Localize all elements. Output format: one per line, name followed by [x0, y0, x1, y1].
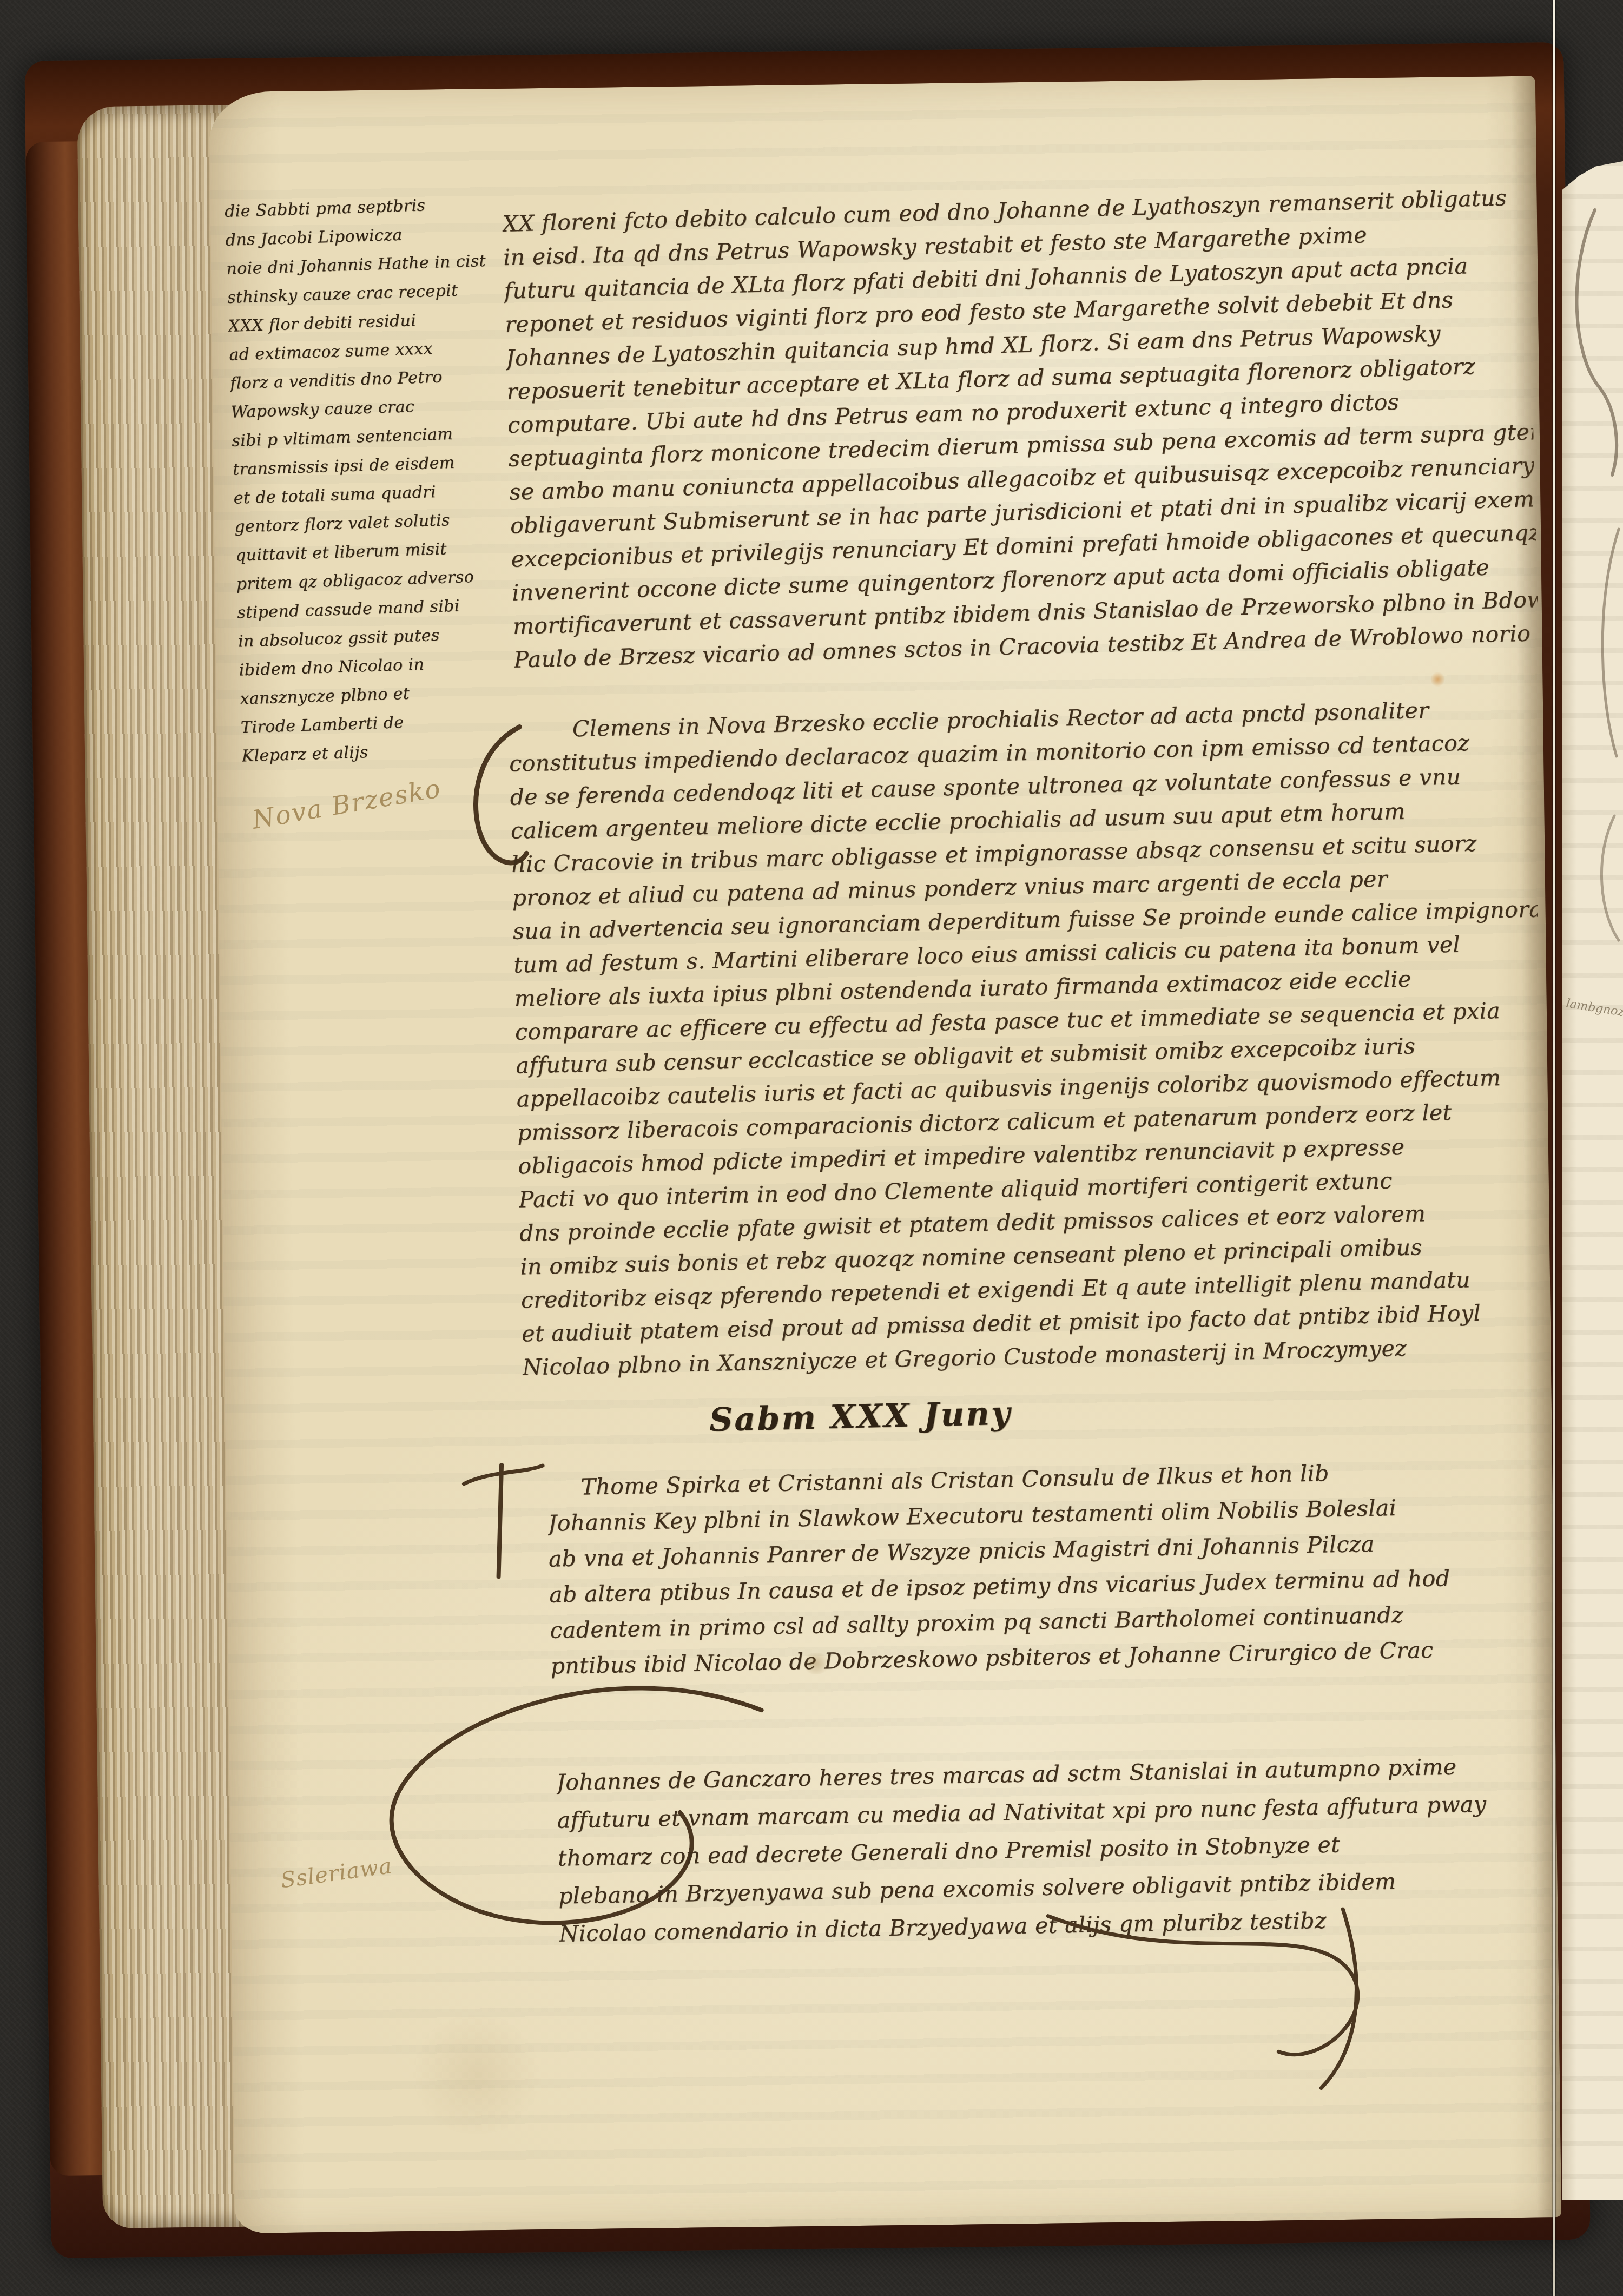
manuscript-photo: { "meta": { "document_type": "Medieval L… — [0, 0, 1623, 2296]
manuscript-page: die Sabbti pma septbrisdns Jacobi Lipowi… — [209, 76, 1561, 2233]
bookmark-thread — [1553, 0, 1555, 2296]
initial-t-flourish-icon — [457, 1458, 551, 1589]
recto-ink-marks-icon — [1562, 194, 1623, 951]
recto-page-sliver: lambgnoz vlb — [1562, 161, 1623, 2200]
page-discoloration — [405, 2014, 547, 2135]
ink-stain — [1430, 671, 1444, 688]
bound-codex: die Sabbti pma septbrisdns Jacobi Lipowi… — [24, 42, 1590, 2258]
recto-faint-note: lambgnoz vlb — [1565, 997, 1623, 1023]
entry-2-text-block: Clemens in Nova Brzesko ecclie prochiali… — [508, 691, 1548, 1384]
end-of-entry-flourish-icon — [1018, 1888, 1464, 2110]
section-date-heading: Sabm XXX Juny — [709, 1395, 1012, 1440]
entry-1-text-block: XX floreni fcto debito calculo cum eod d… — [502, 180, 1539, 676]
margin-notes-column: die Sabbti pma septbrisdns Jacobi Lipowi… — [224, 189, 515, 770]
place-note-nova-brzesko: Nova Brzesko — [250, 774, 444, 835]
entry-3-text-block: Thome Spirka et Cristanni als Cristan Co… — [547, 1451, 1576, 1684]
